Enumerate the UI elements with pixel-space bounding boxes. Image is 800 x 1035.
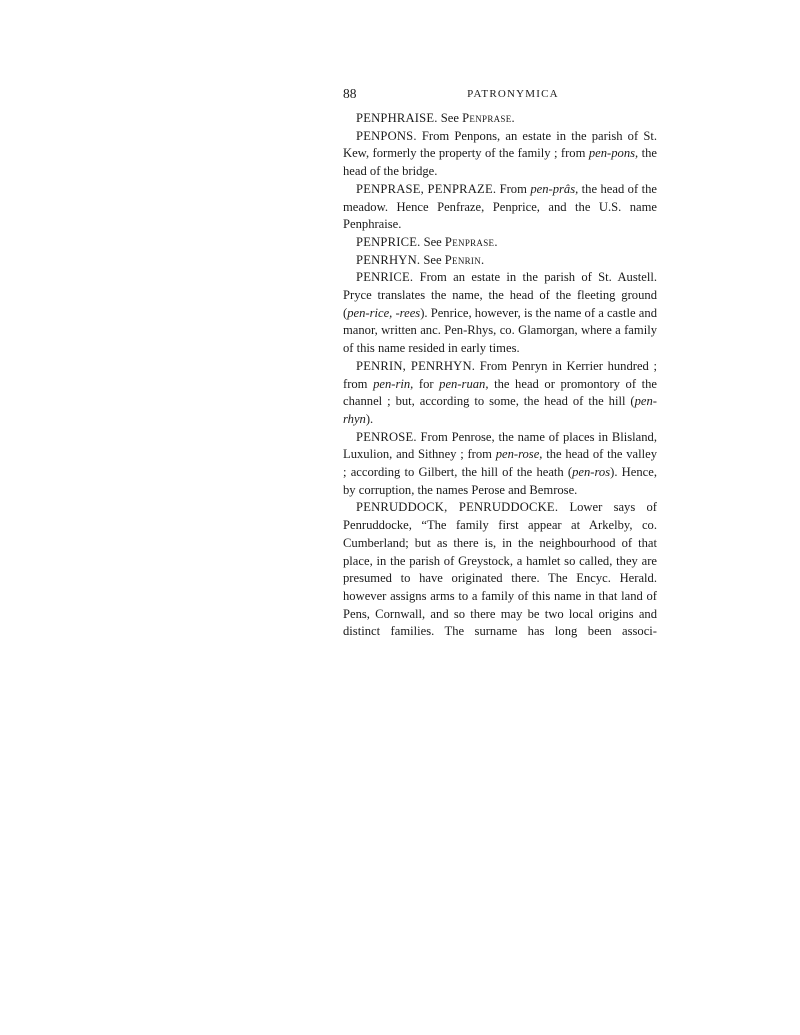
dictionary-entry: PENPHRAISE. See Penprase.	[343, 110, 657, 128]
entry-headword: PENRIN, PENRHYN.	[356, 359, 475, 373]
entry-text: for	[413, 377, 439, 391]
dictionary-entry: PENPONS. From Penpons, an estate in the …	[343, 128, 657, 181]
dictionary-entry: PENROSE. From Penrose, the name of place…	[343, 429, 657, 500]
cross-reference: Penrin.	[445, 253, 485, 267]
dictionary-entry: PENRIN, PENRHYN. From Penryn in Kerrier …	[343, 358, 657, 429]
entry-headword: PENPONS.	[356, 129, 417, 143]
etymology-term: pen-pons,	[589, 146, 638, 160]
dictionary-entry: PENRUDDOCK, PENRUDDOCKE. Lower says of P…	[343, 499, 657, 641]
entry-text: See	[438, 111, 462, 125]
dictionary-entry: PENRHYN. See Penrin.	[343, 252, 657, 270]
entry-text: Lower says of Penruddocke, “The family f…	[343, 500, 657, 638]
dictionary-entry: PENPRASE, PENPRAZE. From pen-prâs, the h…	[343, 181, 657, 234]
etymology-term: pen-ruan,	[439, 377, 488, 391]
etymology-term: pen-rice, -rees	[347, 306, 420, 320]
running-title: PATRONYMICA	[343, 84, 657, 104]
etymology-term: pen-ros	[572, 465, 610, 479]
dictionary-entry: PENPRICE. See Penprase.	[343, 234, 657, 252]
etymology-term: pen-rin,	[373, 377, 413, 391]
dictionary-entry: PENRICE. From an estate in the parish of…	[343, 269, 657, 358]
etymology-term: pen-rose,	[496, 447, 543, 461]
cross-reference: Penprase.	[445, 235, 498, 249]
dictionary-entries: PENPHRAISE. See Penprase.PENPONS. From P…	[343, 110, 657, 641]
entry-headword: PENROSE.	[356, 430, 417, 444]
entry-headword: PENPRICE.	[356, 235, 420, 249]
entry-text: From	[496, 182, 530, 196]
entry-text: See	[420, 235, 444, 249]
entry-text: See	[420, 253, 444, 267]
entry-headword: PENPHRAISE.	[356, 111, 438, 125]
entry-text: ).	[366, 412, 373, 426]
entry-headword: PENRHYN.	[356, 253, 420, 267]
entry-headword: PENRICE.	[356, 270, 413, 284]
etymology-term: pen-prâs,	[530, 182, 578, 196]
book-page: 88 PATRONYMICA PENPHRAISE. See Penprase.…	[343, 84, 657, 641]
cross-reference: Penprase.	[462, 111, 515, 125]
running-head: 88 PATRONYMICA	[343, 84, 657, 104]
entry-headword: PENPRASE, PENPRAZE.	[356, 182, 496, 196]
entry-headword: PENRUDDOCK, PENRUDDOCKE.	[356, 500, 558, 514]
